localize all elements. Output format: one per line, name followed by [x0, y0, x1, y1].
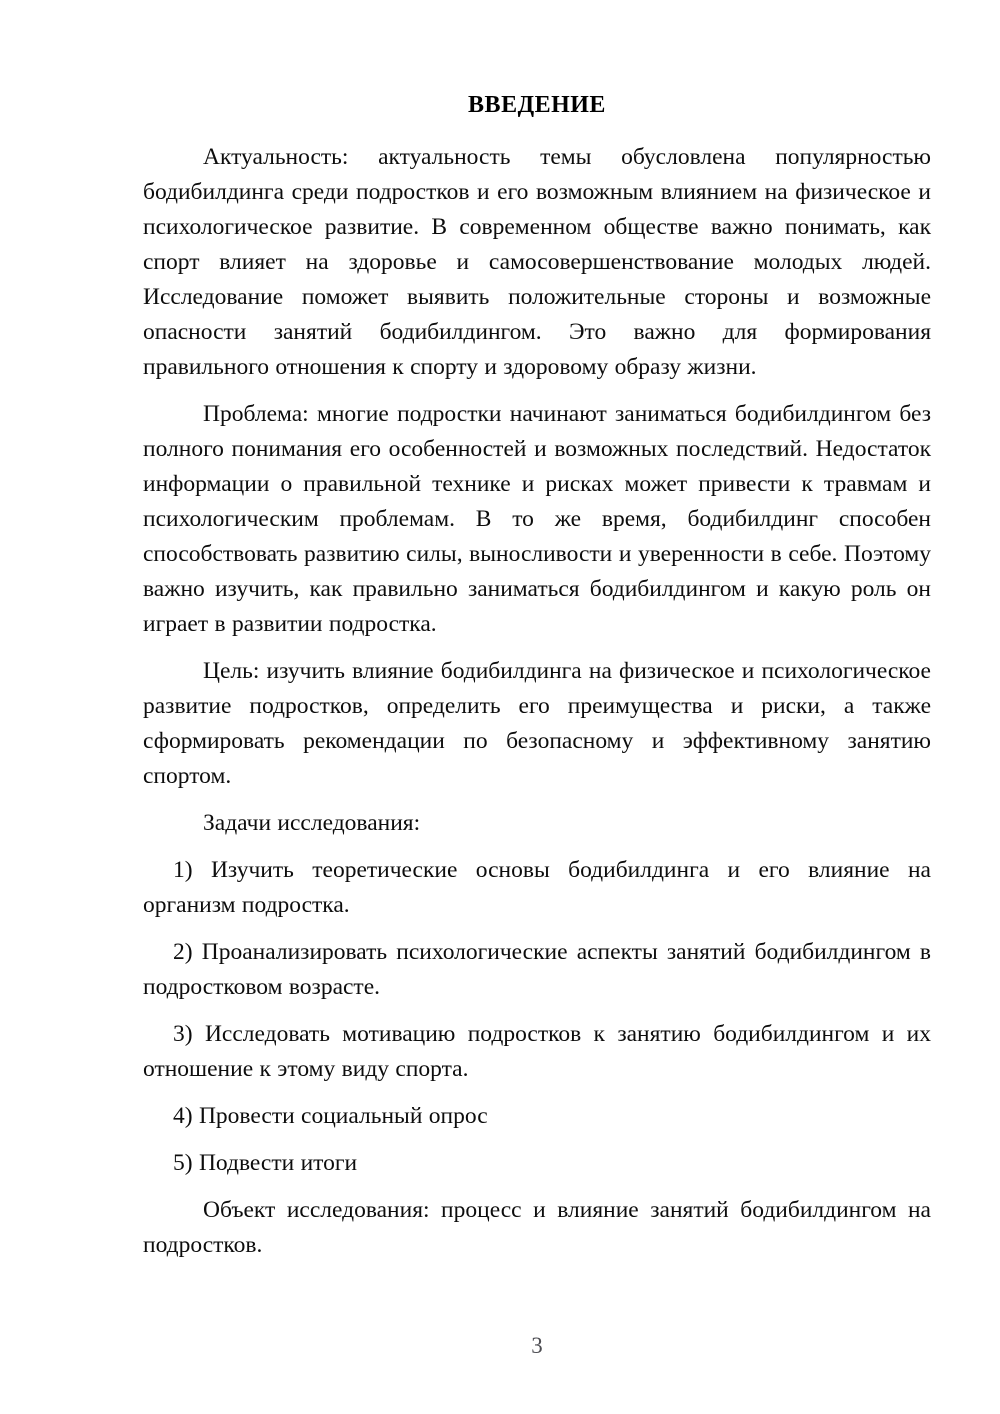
paragraph-problem: Проблема: многие подростки начинают зани… [143, 397, 931, 642]
paragraph-object: Объект исследования: процесс и влияние з… [143, 1193, 931, 1263]
task-item-3: 3) Исследовать мотивацию подростков к за… [143, 1017, 931, 1087]
task-item-5: 5) Подвести итоги [143, 1146, 931, 1181]
document-page: ВВЕДЕНИЕ Актуальность: актуальность темы… [0, 0, 1000, 1414]
paragraph-goal: Цель: изучить влияние бодибилдинга на фи… [143, 654, 931, 794]
task-item-4: 4) Провести социальный опрос [143, 1099, 931, 1134]
page-number: 3 [143, 1328, 931, 1363]
task-item-1: 1) Изучить теоретические основы бодибилд… [143, 853, 931, 923]
page-content: ВВЕДЕНИЕ Актуальность: актуальность темы… [143, 88, 931, 1275]
task-item-2: 2) Проанализировать психологические аспе… [143, 935, 931, 1005]
paragraph-actuality: Актуальность: актуальность темы обусловл… [143, 140, 931, 385]
tasks-heading: Задачи исследования: [143, 806, 931, 841]
page-title: ВВЕДЕНИЕ [143, 88, 931, 123]
